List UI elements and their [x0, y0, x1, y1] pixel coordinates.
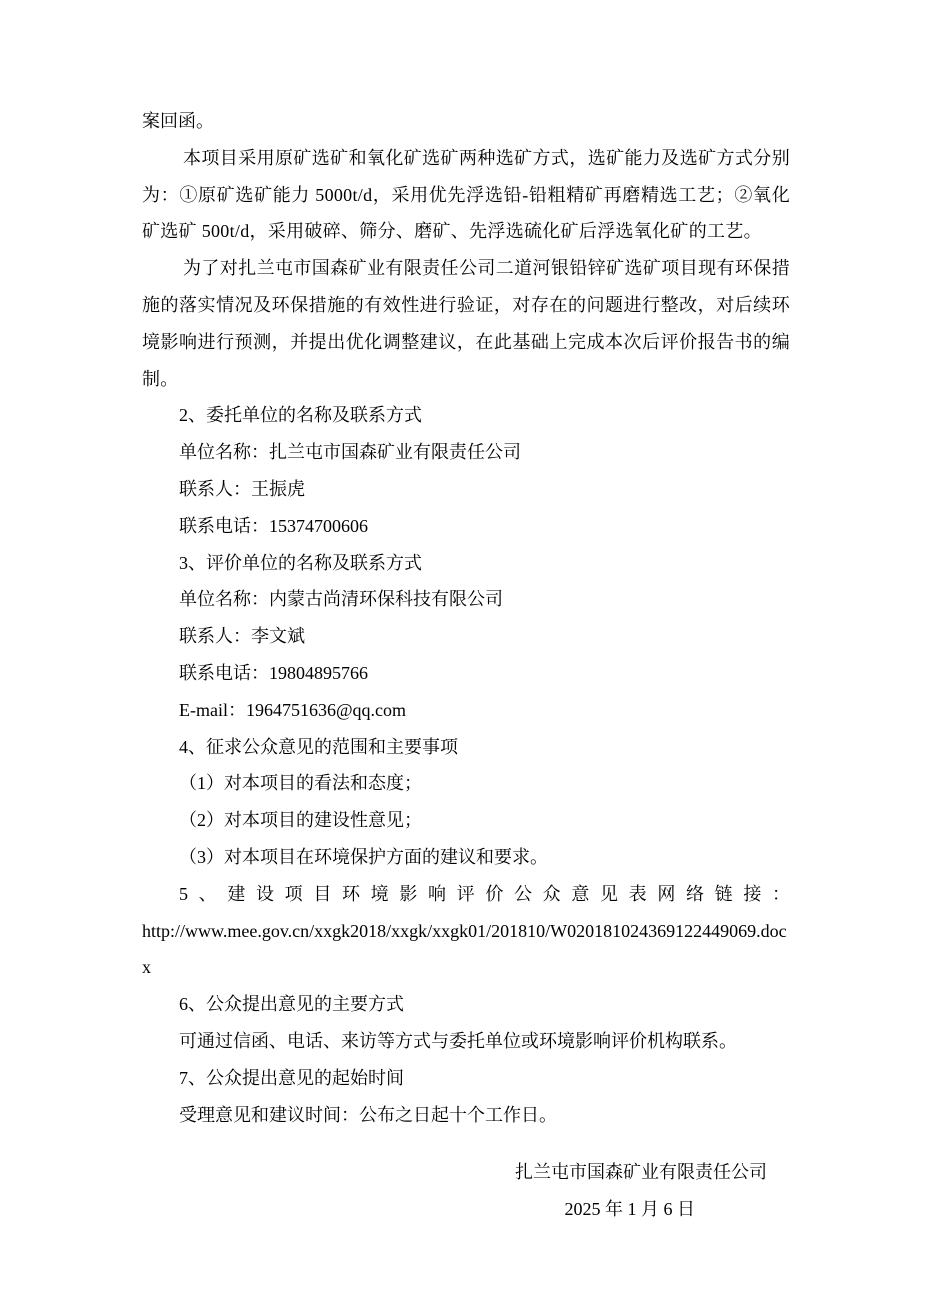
section-7-line: 受理意见和建议时间：公布之日起十个工作日。: [142, 1097, 790, 1134]
section-3-email: E-mail：1964751636@qq.com: [142, 692, 790, 729]
section-2-heading: 2、委托单位的名称及联系方式: [142, 397, 790, 434]
paragraph-purpose: 为了对扎兰屯市国森矿业有限责任公司二道河银铅锌矿选矿项目现有环保措施的落实情况及…: [142, 250, 790, 397]
section-5-url: http://www.mee.gov.cn/xxgk2018/xxgk/xxgk…: [142, 913, 790, 987]
section-2-unit-name: 单位名称：扎兰屯市国森矿业有限责任公司: [142, 434, 790, 471]
section-4-item-3: （3）对本项目在环境保护方面的建议和要求。: [142, 839, 790, 876]
signature-block: 扎兰屯市国森矿业有限责任公司 2025 年 1 月 6 日: [142, 1154, 790, 1228]
section-6-heading: 6、公众提出意见的主要方式: [142, 986, 790, 1023]
signature-company: 扎兰屯市国森矿业有限责任公司: [142, 1154, 790, 1191]
section-4-heading: 4、征求公众意见的范围和主要事项: [142, 729, 790, 766]
section-6-line: 可通过信函、电话、来访等方式与委托单位或环境影响评价机构联系。: [142, 1023, 790, 1060]
section-2-contact-phone: 联系电话：15374700606: [142, 508, 790, 545]
section-5-heading: 5、建设项目环境影响评价公众意见表网络链接：: [142, 876, 790, 913]
section-4-item-2: （2）对本项目的建设性意见；: [142, 802, 790, 839]
paragraph-continuation: 案回函。: [142, 103, 790, 140]
section-2-contact-person: 联系人：王振虎: [142, 471, 790, 508]
document-page: 案回函。 本项目采用原矿选矿和氧化矿选矿两种选矿方式，选矿能力及选矿方式分别为：…: [0, 0, 931, 1316]
section-3-heading: 3、评价单位的名称及联系方式: [142, 545, 790, 582]
section-3-unit-name: 单位名称：内蒙古尚清环保科技有限公司: [142, 581, 790, 618]
signature-date: 2025 年 1 月 6 日: [142, 1191, 790, 1228]
paragraph-process-description: 本项目采用原矿选矿和氧化矿选矿两种选矿方式，选矿能力及选矿方式分别为：①原矿选矿…: [142, 140, 790, 250]
section-3-contact-person: 联系人：李文斌: [142, 618, 790, 655]
section-4-item-1: （1）对本项目的看法和态度；: [142, 765, 790, 802]
section-7-heading: 7、公众提出意见的起始时间: [142, 1060, 790, 1097]
section-3-contact-phone: 联系电话：19804895766: [142, 655, 790, 692]
